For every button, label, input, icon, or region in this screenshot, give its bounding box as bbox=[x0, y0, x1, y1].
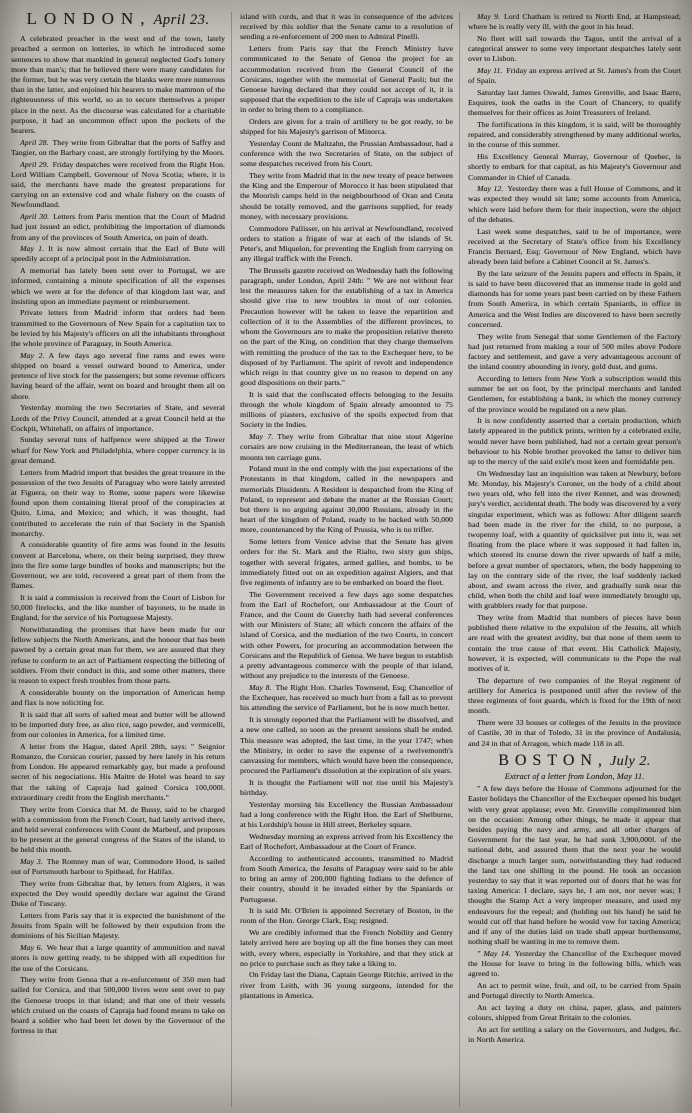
newspaper-page: LONDON, April 23.A celebrated preacher i… bbox=[0, 0, 692, 1113]
paragraph-text: On Friday last the Diana, Captain George… bbox=[240, 970, 453, 999]
news-paragraph: April 28. They write from Gibraltar that… bbox=[11, 138, 225, 158]
paragraph-dateline: May 3. bbox=[20, 857, 43, 866]
news-paragraph: May 2. A few days ago several fine rams … bbox=[11, 351, 225, 402]
paragraph-text: According to letters from New York a sub… bbox=[468, 374, 681, 414]
news-paragraph: An act for settling a salary on the Gove… bbox=[468, 1025, 681, 1045]
paragraph-dateline: May 7. bbox=[249, 432, 273, 441]
news-paragraph: May 9. Lord Chatham is retired to North … bbox=[468, 12, 681, 32]
paragraph-text: Notwithstanding the promises that have b… bbox=[11, 625, 225, 685]
extract-caption: Extract of a letter from London, May 11. bbox=[468, 772, 681, 782]
paragraph-text: An act laying a duty on china, paper, gl… bbox=[468, 1003, 681, 1022]
news-paragraph: May 6. We hear that a large quantity of … bbox=[11, 943, 225, 974]
paragraph-text: Last week some despatches, said to be of… bbox=[468, 227, 681, 267]
paragraph-dateline: " May 14. bbox=[477, 949, 511, 958]
news-paragraph: April 30. Letters from Paris mention tha… bbox=[11, 212, 225, 243]
news-paragraph: May 11. Friday an express arrived at St.… bbox=[468, 66, 681, 86]
news-paragraph: A celebrated preacher in the west end of… bbox=[11, 34, 225, 136]
paragraph-text: A celebrated preacher in the west end of… bbox=[11, 34, 225, 135]
news-paragraph: Letters from Paris say that the French M… bbox=[240, 44, 453, 115]
paragraph-text: It is said Mr. O'Brien is appointed Secr… bbox=[240, 906, 453, 925]
news-paragraph: They write from Madrid that numbers of p… bbox=[468, 613, 681, 674]
paragraph-text: They write from Corsica that M. de Bussy… bbox=[11, 805, 225, 855]
paragraph-text: They write from Gibraltar that, by lette… bbox=[11, 879, 225, 908]
paragraph-text: A few days ago several fine rams and ewe… bbox=[11, 351, 225, 401]
newspaper-column-1: LONDON, April 23.A celebrated preacher i… bbox=[3, 12, 231, 1107]
paragraph-text: The departure of two companies of the Ro… bbox=[468, 676, 681, 716]
news-paragraph: They write from Gibraltar that, by lette… bbox=[11, 879, 225, 910]
news-paragraph: It is said that the confiscated effects … bbox=[240, 390, 453, 431]
news-paragraph: The Brussels gazette received on Wednesd… bbox=[240, 266, 453, 388]
news-paragraph: May 12. Yesterday there was a full House… bbox=[468, 184, 681, 225]
paragraph-text: It is said a commission is received from… bbox=[11, 593, 225, 622]
news-paragraph: There were 33 houses or colleges of the … bbox=[468, 718, 681, 749]
paragraph-text: A considerable quantity of fire arms was… bbox=[11, 540, 225, 590]
paragraph-text: The Romney man of war, Commodore Hood, i… bbox=[11, 857, 225, 876]
news-paragraph: It is said that all sorts of salted meat… bbox=[11, 710, 225, 741]
paragraph-text: A letter from the Hague, dated April 28t… bbox=[11, 742, 225, 802]
section-date-label: April 23. bbox=[154, 12, 210, 28]
section-heading: BOSTON, July 2. bbox=[468, 756, 681, 768]
news-paragraph: " May 14. Yesterday the Chancellor of th… bbox=[468, 949, 681, 980]
news-paragraph: An act to permit wine, fruit, and oil, t… bbox=[468, 981, 681, 1001]
paragraph-text: On Wednesday last an inquisition was tak… bbox=[468, 469, 681, 611]
news-paragraph: A memorial has lately been sent over to … bbox=[11, 266, 225, 307]
paragraph-text: Commodore Pallisser, on his arrival at N… bbox=[240, 224, 453, 264]
news-paragraph: We are credibly informed that the French… bbox=[240, 928, 453, 969]
news-paragraph: Orders are given for a train of artiller… bbox=[240, 117, 453, 137]
news-paragraph: The fortifications in this kingdom, it i… bbox=[468, 120, 681, 151]
news-paragraph: No fleet will sail towards the Tagus, un… bbox=[468, 34, 681, 65]
paragraph-text: We hear that a large quantity of ammunit… bbox=[11, 943, 225, 972]
paragraph-text: The Brussels gazette received on Wednesd… bbox=[240, 266, 453, 387]
paragraph-text: They write from Madrid that in the new t… bbox=[240, 171, 453, 221]
paragraph-text: Yesterday morning his Excellency the Rus… bbox=[240, 800, 453, 829]
news-paragraph: Yesterday morning his Excellency the Rus… bbox=[240, 800, 453, 831]
news-paragraph: The Government received a few days ago s… bbox=[240, 590, 453, 682]
paragraph-text: Letters from Paris say that the French M… bbox=[240, 44, 453, 114]
paragraph-text: Some letters from Venice advise that the… bbox=[240, 537, 453, 587]
paragraph-text: Saturday last James Oswald, James Grenvi… bbox=[468, 88, 681, 117]
section-heading: LONDON, April 23. bbox=[11, 14, 225, 27]
paragraph-text: It is thought the Parliament will not ri… bbox=[240, 778, 453, 797]
news-paragraph: A letter from the Hague, dated April 28t… bbox=[11, 742, 225, 803]
newspaper-column-3: May 9. Lord Chatham is retired to North … bbox=[459, 12, 687, 1107]
paragraph-text: Poland must in the end comply with the j… bbox=[240, 464, 453, 534]
paragraph-text: There were 33 houses or colleges of the … bbox=[468, 718, 681, 747]
news-paragraph: Some letters from Venice advise that the… bbox=[240, 537, 453, 588]
paragraph-text: The Right Hon. Charles Townsend, Esq; Ch… bbox=[240, 683, 453, 712]
news-paragraph: Poland must in the end comply with the j… bbox=[240, 464, 453, 535]
news-paragraph: They write from Genoa that a re-enforcem… bbox=[11, 975, 225, 1036]
news-paragraph: Wednesday morning an express arrived fro… bbox=[240, 832, 453, 852]
news-paragraph: Private letters from Madrid inform that … bbox=[11, 308, 225, 349]
paragraph-text: Letters from Madrid import that besides … bbox=[11, 468, 225, 538]
paragraph-text: Orders are given for a train of artiller… bbox=[240, 117, 453, 136]
news-paragraph: They write from Corsica that M. de Bussy… bbox=[11, 805, 225, 856]
column-layout: LONDON, April 23.A celebrated preacher i… bbox=[3, 12, 689, 1107]
paragraph-dateline: May 1. bbox=[20, 244, 44, 253]
news-paragraph: They write from Senegal that some Gentle… bbox=[468, 332, 681, 373]
paragraph-text: The fortifications in this kingdom, it i… bbox=[468, 120, 681, 149]
news-paragraph: It is thought the Parliament will not ri… bbox=[240, 778, 453, 798]
news-paragraph: An act laying a duty on china, paper, gl… bbox=[468, 1003, 681, 1023]
paragraph-dateline: April 30. bbox=[20, 212, 49, 221]
news-paragraph: The departure of two companies of the Ro… bbox=[468, 676, 681, 717]
news-paragraph: Letters from Paris say that it is expect… bbox=[11, 911, 225, 942]
news-paragraph: island with cords, and that it was in co… bbox=[240, 12, 453, 43]
paragraph-text: No fleet will sail towards the Tagus, un… bbox=[468, 34, 681, 63]
news-paragraph: " A few days before the House of Commons… bbox=[468, 784, 681, 947]
paragraph-text: It is said that all sorts of salted meat… bbox=[11, 710, 225, 739]
paragraph-dateline: April 28. bbox=[20, 138, 49, 147]
news-paragraph: May 8. The Right Hon. Charles Townsend, … bbox=[240, 683, 453, 714]
paragraph-text: Yesterday morning the two Secretaries of… bbox=[11, 403, 225, 432]
section-date-label: July 2. bbox=[610, 754, 651, 769]
paragraph-dateline: May 9. bbox=[477, 12, 500, 21]
news-paragraph: May 1. It is now almost certain that the… bbox=[11, 244, 225, 264]
paragraph-text: Sunday several tuns of halfpence were sh… bbox=[11, 435, 225, 464]
paragraph-text: An act to permit wine, fruit, and oil, t… bbox=[468, 981, 681, 1000]
newspaper-column-2: island with cords, and that it was in co… bbox=[231, 12, 459, 1107]
paragraph-text: The Government received a few days ago s… bbox=[240, 590, 453, 681]
news-paragraph: A considerable quantity of fire arms was… bbox=[11, 540, 225, 591]
news-paragraph: Yesterday morning the two Secretaries of… bbox=[11, 403, 225, 434]
paragraph-text: They write from Senegal that some Gentle… bbox=[468, 332, 681, 372]
paragraph-text: They write from Madrid that numbers of p… bbox=[468, 613, 681, 673]
paragraph-text: " A few days before the House of Commons… bbox=[468, 784, 681, 946]
paragraph-text: A memorial has lately been sent over to … bbox=[11, 266, 225, 306]
news-paragraph: Saturday last James Oswald, James Grenvi… bbox=[468, 88, 681, 119]
paragraph-text: island with cords, and that it was in co… bbox=[240, 12, 453, 41]
paragraph-text: An act for settling a salary on the Gove… bbox=[468, 1025, 681, 1044]
paragraph-text: It is said that the confiscated effects … bbox=[240, 390, 453, 430]
paragraph-text: Yesterday Count de Maltzahn, the Prussia… bbox=[240, 139, 453, 168]
news-paragraph: It is strongly reported that the Parliam… bbox=[240, 715, 453, 776]
news-paragraph: Notwithstanding the promises that have b… bbox=[11, 625, 225, 686]
paragraph-text: Letters from Paris say that it is expect… bbox=[11, 911, 225, 940]
news-paragraph: April 29. Friday despatches were receive… bbox=[11, 160, 225, 211]
news-paragraph: On Wednesday last an inquisition was tak… bbox=[468, 469, 681, 612]
paragraph-text: It is now almost certain that the Earl o… bbox=[11, 244, 225, 263]
paragraph-dateline: May 11. bbox=[477, 66, 502, 75]
news-paragraph: Last week some despatches, said to be of… bbox=[468, 227, 681, 268]
paragraph-text: It is strongly reported that the Parliam… bbox=[240, 715, 453, 775]
news-paragraph: They write from Madrid that in the new t… bbox=[240, 171, 453, 222]
news-paragraph: Commodore Pallisser, on his arrival at N… bbox=[240, 224, 453, 265]
news-paragraph: It is said Mr. O'Brien is appointed Secr… bbox=[240, 906, 453, 926]
paragraph-text: By the late seizure of the Jesuits paper… bbox=[468, 269, 681, 329]
paragraph-text: They write from Genoa that a re-enforcem… bbox=[11, 975, 225, 1035]
news-paragraph: According to authenticated accounts, tra… bbox=[240, 854, 453, 905]
paragraph-text: His Excellency General Murray, Governour… bbox=[468, 152, 681, 181]
news-paragraph: May 3. The Romney man of war, Commodore … bbox=[11, 857, 225, 877]
paragraph-text: Wednesday morning an express arrived fro… bbox=[240, 832, 453, 851]
paragraph-dateline: May 6. bbox=[20, 943, 43, 952]
section-city-label: BOSTON, bbox=[498, 752, 608, 769]
paragraph-text: We are credibly informed that the French… bbox=[240, 928, 453, 968]
news-paragraph: According to letters from New York a sub… bbox=[468, 374, 681, 415]
news-paragraph: By the late seizure of the Jesuits paper… bbox=[468, 269, 681, 330]
section-city-label: LONDON, bbox=[26, 9, 151, 28]
paragraph-dateline: May 12. bbox=[477, 184, 503, 193]
paragraph-dateline: April 29. bbox=[20, 160, 49, 169]
paragraph-text: Private letters from Madrid inform that … bbox=[11, 308, 225, 348]
news-paragraph: May 7. They write from Gibraltar that ni… bbox=[240, 432, 453, 463]
news-paragraph: On Friday last the Diana, Captain George… bbox=[240, 970, 453, 1001]
news-paragraph: It is now confidently asserted that a ce… bbox=[468, 416, 681, 467]
paragraph-text: A considerable bounty on the importation… bbox=[11, 688, 225, 707]
news-paragraph: Sunday several tuns of halfpence were sh… bbox=[11, 435, 225, 466]
news-paragraph: Yesterday Count de Maltzahn, the Prussia… bbox=[240, 139, 453, 170]
paragraph-text: It is now confidently asserted that a ce… bbox=[468, 416, 681, 466]
news-paragraph: A considerable bounty on the importation… bbox=[11, 688, 225, 708]
news-paragraph: Letters from Madrid import that besides … bbox=[11, 468, 225, 539]
paragraph-text: Lord Chatham is retired to North End, at… bbox=[468, 12, 681, 31]
paragraph-dateline: May 2. bbox=[20, 351, 44, 360]
news-paragraph: It is said a commission is received from… bbox=[11, 593, 225, 624]
news-paragraph: His Excellency General Murray, Governour… bbox=[468, 152, 681, 183]
paragraph-dateline: May 8. bbox=[249, 683, 272, 692]
paragraph-text: According to authenticated accounts, tra… bbox=[240, 854, 453, 904]
